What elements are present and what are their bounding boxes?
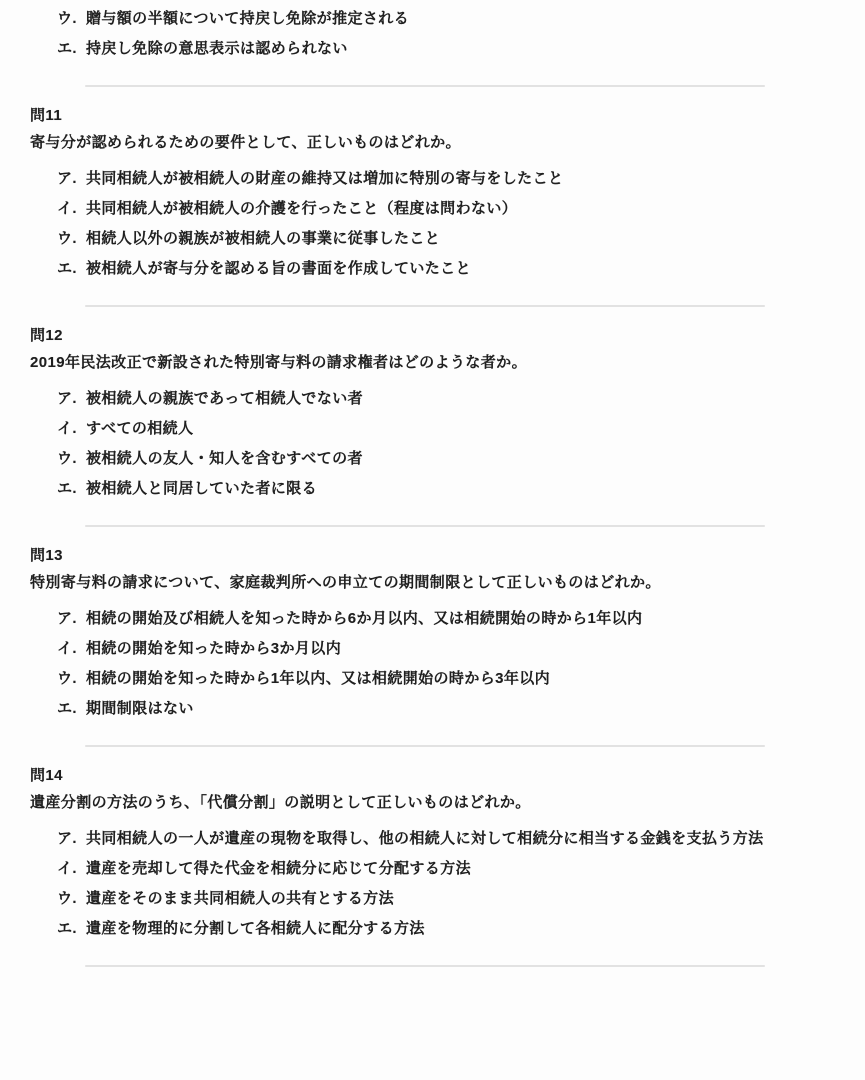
section-divider: [85, 965, 765, 967]
option-text: 贈与額の半額について持戻し免除が推定される: [86, 8, 835, 29]
section-divider: [85, 745, 765, 747]
option-text: 被相続人が寄与分を認める旨の書面を作成していたこと: [86, 258, 835, 279]
answer-options: ア. 被相続人の親族であって相続人でない者 イ. すべての相続人 ウ. 被相続人…: [57, 388, 835, 499]
option-letter: ウ.: [57, 668, 77, 689]
answer-option: イ. すべての相続人: [57, 418, 835, 439]
question-text: 2019年民法改正で新設された特別寄与料の請求権者はどのような者か。: [30, 352, 835, 373]
answer-options: ア. 相続の開始及び相続人を知った時から6か月以内、又は相続開始の時から1年以内…: [57, 608, 835, 719]
answer-option: ウ. 遺産をそのまま共同相続人の共有とする方法: [57, 888, 835, 909]
answer-option: ア. 相続の開始及び相続人を知った時から6か月以内、又は相続開始の時から1年以内: [57, 608, 835, 629]
document-page: ウ. 贈与額の半額について持戻し免除が推定される エ. 持戻し免除の意思表示は認…: [0, 0, 865, 1080]
option-letter: ア.: [57, 168, 77, 189]
option-text: 相続人以外の親族が被相続人の事業に従事したこと: [86, 228, 835, 249]
answer-option: ア. 共同相続人が被相続人の財産の維持又は増加に特別の寄与をしたこと: [57, 168, 835, 189]
answer-option: ウ. 被相続人の友人・知人を含むすべての者: [57, 448, 835, 469]
option-letter: ア.: [57, 608, 77, 629]
question-number: 問13: [30, 545, 835, 566]
question-block-11: 問11 寄与分が認められるための要件として、正しいものはどれか。 ア. 共同相続…: [30, 105, 835, 279]
question-block-13: 問13 特別寄与料の請求について、家庭裁判所への申立ての期間制限として正しいもの…: [30, 545, 835, 719]
answer-option: ア. 被相続人の親族であって相続人でない者: [57, 388, 835, 409]
answer-option: イ. 遺産を売却して得た代金を相続分に応じて分配する方法: [57, 858, 835, 879]
question-number: 問14: [30, 765, 835, 786]
section-divider: [85, 305, 765, 307]
answer-option: エ. 持戻し免除の意思表示は認められない: [57, 38, 835, 59]
option-text: 共同相続人の一人が遺産の現物を取得し、他の相続人に対して相続分に相当する金銭を支…: [86, 828, 835, 849]
option-letter: エ.: [57, 918, 77, 939]
previous-question-options: ウ. 贈与額の半額について持戻し免除が推定される エ. 持戻し免除の意思表示は認…: [57, 8, 835, 59]
answer-option: エ. 期間制限はない: [57, 698, 835, 719]
question-number: 問11: [30, 105, 835, 126]
option-letter: エ.: [57, 38, 77, 59]
option-letter: ア.: [57, 388, 77, 409]
option-text: 相続の開始を知った時から3か月以内: [86, 638, 835, 659]
answer-option: イ. 相続の開始を知った時から3か月以内: [57, 638, 835, 659]
answer-option: エ. 被相続人が寄与分を認める旨の書面を作成していたこと: [57, 258, 835, 279]
option-text: 被相続人と同居していた者に限る: [86, 478, 835, 499]
question-text: 特別寄与料の請求について、家庭裁判所への申立ての期間制限として正しいものはどれか…: [30, 572, 835, 593]
option-letter: イ.: [57, 198, 77, 219]
question-number: 問12: [30, 325, 835, 346]
question-block-14: 問14 遺産分割の方法のうち、「代償分割」の説明として正しいものはどれか。 ア.…: [30, 765, 835, 939]
option-letter: ウ.: [57, 448, 77, 469]
answer-option: ウ. 相続人以外の親族が被相続人の事業に従事したこと: [57, 228, 835, 249]
option-text: 共同相続人が被相続人の介護を行ったこと（程度は問わない）: [86, 198, 835, 219]
answer-option: エ. 遺産を物理的に分割して各相続人に配分する方法: [57, 918, 835, 939]
option-letter: エ.: [57, 698, 77, 719]
option-letter: イ.: [57, 638, 77, 659]
option-text: 相続の開始を知った時から1年以内、又は相続開始の時から3年以内: [86, 668, 835, 689]
question-block-12: 問12 2019年民法改正で新設された特別寄与料の請求権者はどのような者か。 ア…: [30, 325, 835, 499]
section-divider: [85, 525, 765, 527]
answer-option: ウ. 贈与額の半額について持戻し免除が推定される: [57, 8, 835, 29]
answer-option: エ. 被相続人と同居していた者に限る: [57, 478, 835, 499]
option-letter: イ.: [57, 858, 77, 879]
answer-option: イ. 共同相続人が被相続人の介護を行ったこと（程度は問わない）: [57, 198, 835, 219]
option-text: 期間制限はない: [86, 698, 835, 719]
option-text: 共同相続人が被相続人の財産の維持又は増加に特別の寄与をしたこと: [86, 168, 835, 189]
option-text: 遺産を売却して得た代金を相続分に応じて分配する方法: [86, 858, 835, 879]
answer-option: ア. 共同相続人の一人が遺産の現物を取得し、他の相続人に対して相続分に相当する金…: [57, 828, 835, 849]
option-text: 相続の開始及び相続人を知った時から6か月以内、又は相続開始の時から1年以内: [86, 608, 835, 629]
option-text: 被相続人の友人・知人を含むすべての者: [86, 448, 835, 469]
option-text: 被相続人の親族であって相続人でない者: [86, 388, 835, 409]
option-letter: エ.: [57, 478, 77, 499]
option-letter: エ.: [57, 258, 77, 279]
option-letter: ア.: [57, 828, 77, 849]
option-text: 遺産をそのまま共同相続人の共有とする方法: [86, 888, 835, 909]
question-text: 寄与分が認められるための要件として、正しいものはどれか。: [30, 132, 835, 153]
option-letter: ウ.: [57, 8, 77, 29]
option-letter: イ.: [57, 418, 77, 439]
answer-option: ウ. 相続の開始を知った時から1年以内、又は相続開始の時から3年以内: [57, 668, 835, 689]
option-text: すべての相続人: [86, 418, 835, 439]
answer-options: ア. 共同相続人が被相続人の財産の維持又は増加に特別の寄与をしたこと イ. 共同…: [57, 168, 835, 279]
question-text: 遺産分割の方法のうち、「代償分割」の説明として正しいものはどれか。: [30, 792, 835, 813]
option-letter: ウ.: [57, 228, 77, 249]
section-divider: [85, 85, 765, 87]
option-text: 持戻し免除の意思表示は認められない: [86, 38, 835, 59]
option-text: 遺産を物理的に分割して各相続人に配分する方法: [86, 918, 835, 939]
option-letter: ウ.: [57, 888, 77, 909]
answer-options: ア. 共同相続人の一人が遺産の現物を取得し、他の相続人に対して相続分に相当する金…: [57, 828, 835, 939]
